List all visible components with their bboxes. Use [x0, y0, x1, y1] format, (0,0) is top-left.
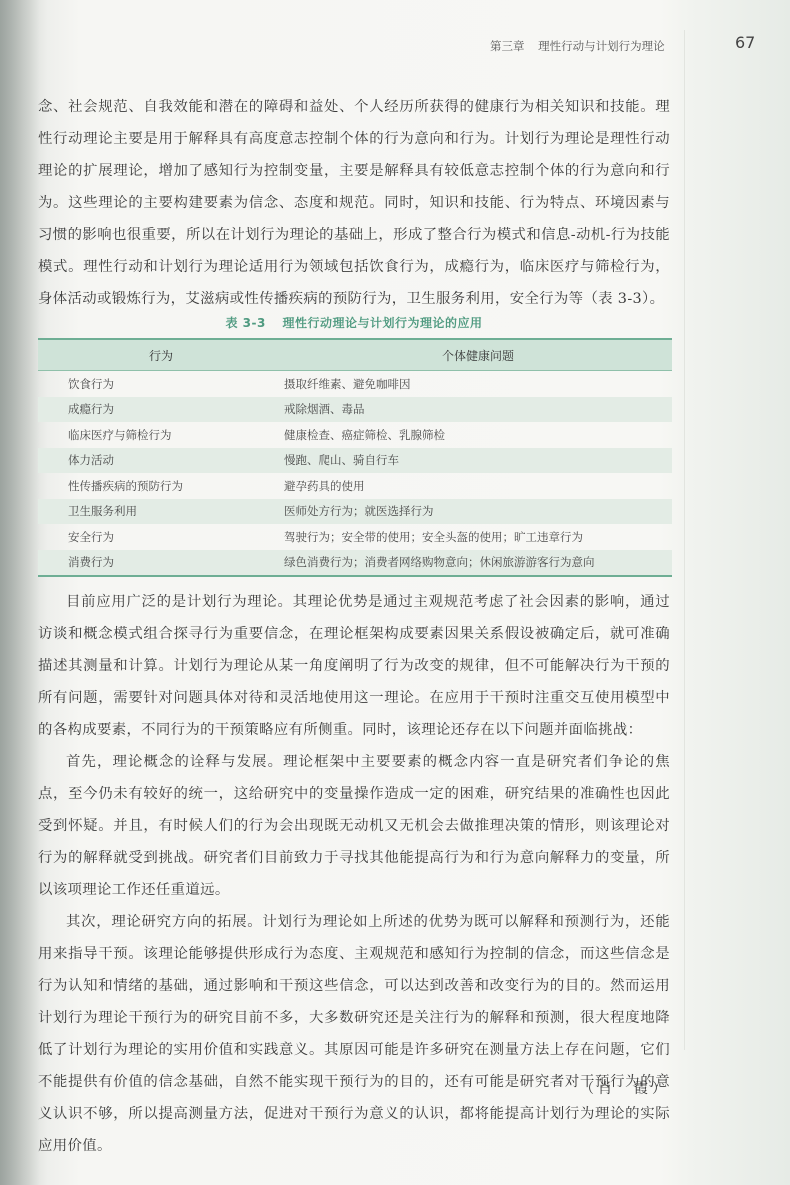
- chapter-title: 理性行动与计划行为理论: [538, 39, 665, 53]
- health-issue-cell: 避孕药具的使用: [284, 473, 672, 499]
- column-header-behavior: 行为: [38, 339, 284, 371]
- behavior-cell: 消费行为: [38, 550, 284, 577]
- table-caption-number: 表 3-3: [225, 316, 265, 330]
- running-head: 第三章 理性行动与计划行为理论: [490, 38, 670, 54]
- intro-text: 念、社会规范、自我效能和潜在的障碍和益处、个人经历所获得的健康行为相关知识和技能…: [38, 91, 670, 315]
- behavior-cell: 饮食行为: [38, 371, 284, 397]
- health-issue-cell: 驾驶行为；安全带的使用；安全头盔的使用；旷工违章行为: [284, 524, 672, 550]
- health-issue-cell: 摄取纤维素、避免咖啡因: [284, 371, 672, 397]
- author-signature: （肖 霞）: [580, 1078, 670, 1098]
- paragraph-second-challenge: 其次，理论研究方向的拓展。计划行为理论如上所述的优势为既可以解释和预测行为，还能…: [38, 906, 670, 1162]
- table-caption: 表 3-3 理性行动理论与计划行为理论的应用: [38, 314, 670, 331]
- table-row: 安全行为 驾驶行为；安全带的使用；安全头盔的使用；旷工违章行为: [38, 524, 672, 550]
- behavior-cell: 体力活动: [38, 448, 284, 474]
- table-row: 消费行为 绿色消费行为；消费者网络购物意向；休闲旅游游客行为意向: [38, 550, 672, 577]
- table-row: 体力活动 慢跑、爬山、骑自行车: [38, 448, 672, 474]
- table-row: 成瘾行为 戒除烟酒、毒品: [38, 397, 672, 423]
- paragraph-first-challenge: 首先，理论概念的诠释与发展。理论框架中主要要素的概念内容一直是研究者们争论的焦点…: [38, 746, 670, 906]
- chapter-number: 第三章: [490, 39, 525, 53]
- health-issue-cell: 戒除烟酒、毒品: [284, 397, 672, 423]
- behavior-cell: 安全行为: [38, 524, 284, 550]
- paragraph-tpb-application: 目前应用广泛的是计划行为理论。其理论优势是通过主观规范考虑了社会因素的影响，通过…: [38, 586, 670, 746]
- table-caption-title: 理性行动理论与计划行为理论的应用: [283, 316, 483, 330]
- behavior-cell: 成瘾行为: [38, 397, 284, 423]
- table-row: 卫生服务利用 医师处方行为；就医选择行为: [38, 499, 672, 525]
- binding-gutter-shadow: [0, 0, 40, 1185]
- behavior-cell: 卫生服务利用: [38, 499, 284, 525]
- discussion-text: 目前应用广泛的是计划行为理论。其理论优势是通过主观规范考虑了社会因素的影响，通过…: [38, 586, 670, 1162]
- margin-rule: [684, 30, 685, 1050]
- book-page: 第三章 理性行动与计划行为理论 67 念、社会规范、自我效能和潜在的障碍和益处、…: [0, 0, 790, 1185]
- page-number: 67: [735, 33, 755, 52]
- health-issue-cell: 健康检查、癌症筛检、乳腺筛检: [284, 422, 672, 448]
- behavior-cell: 临床医疗与筛检行为: [38, 422, 284, 448]
- table-row: 饮食行为 摄取纤维素、避免咖啡因: [38, 371, 672, 397]
- intro-paragraph: 念、社会规范、自我效能和潜在的障碍和益处、个人经历所获得的健康行为相关知识和技能…: [38, 91, 670, 315]
- application-table: 行为 个体健康问题 饮食行为 摄取纤维素、避免咖啡因 成瘾行为 戒除烟酒、毒品 …: [38, 338, 672, 577]
- health-issue-cell: 慢跑、爬山、骑自行车: [284, 448, 672, 474]
- table-header-row: 行为 个体健康问题: [38, 339, 672, 371]
- behavior-cell: 性传播疾病的预防行为: [38, 473, 284, 499]
- health-issue-cell: 绿色消费行为；消费者网络购物意向；休闲旅游游客行为意向: [284, 550, 672, 577]
- column-header-health-issue: 个体健康问题: [284, 339, 672, 371]
- health-issue-cell: 医师处方行为；就医选择行为: [284, 499, 672, 525]
- table-row: 性传播疾病的预防行为 避孕药具的使用: [38, 473, 672, 499]
- table-row: 临床医疗与筛检行为 健康检查、癌症筛检、乳腺筛检: [38, 422, 672, 448]
